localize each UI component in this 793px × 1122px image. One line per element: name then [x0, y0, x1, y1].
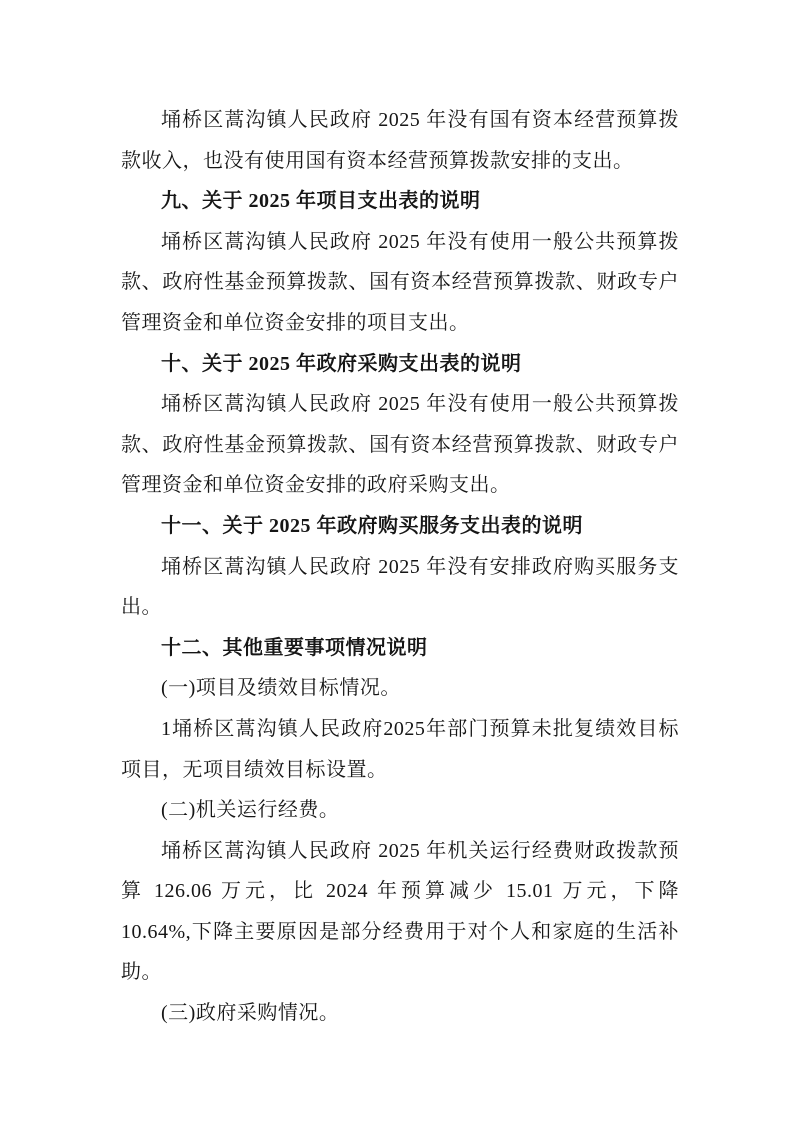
- document-body: 埇桥区蒿沟镇人民政府 2025 年没有国有资本经营预算拨款收入，也没有使用国有资…: [121, 100, 679, 1034]
- section-heading-12-other-important-matters: 十二、其他重要事项情况说明: [121, 628, 679, 669]
- section-heading-11-purchased-services: 十一、关于 2025 年政府购买服务支出表的说明: [121, 506, 679, 547]
- para-no-state-capital-budget: 埇桥区蒿沟镇人民政府 2025 年没有国有资本经营预算拨款收入，也没有使用国有资…: [121, 100, 679, 181]
- section-heading-9-project-expenditure: 九、关于 2025 年项目支出表的说明: [121, 181, 679, 222]
- para-no-project-expenditure: 埇桥区蒿沟镇人民政府 2025 年没有使用一般公共预算拨款、政府性基金预算拨款、…: [121, 222, 679, 344]
- para-no-procurement-expenditure: 埇桥区蒿沟镇人民政府 2025 年没有使用一般公共预算拨款、政府性基金预算拨款、…: [121, 384, 679, 506]
- document-page: 埇桥区蒿沟镇人民政府 2025 年没有国有资本经营预算拨款收入，也没有使用国有资…: [0, 0, 793, 1122]
- subitem-1-performance-targets: (一)项目及绩效目标情况。: [121, 668, 679, 709]
- section-heading-10-government-procurement: 十、关于 2025 年政府采购支出表的说明: [121, 344, 679, 385]
- para-operating-funds-detail: 埇桥区蒿沟镇人民政府 2025 年机关运行经费财政拨款预算 126.06 万元，…: [121, 831, 679, 993]
- subitem-3-procurement-situation: (三)政府采购情况。: [121, 993, 679, 1034]
- subitem-2-agency-operating-funds: (二)机关运行经费。: [121, 790, 679, 831]
- para-performance-targets-detail: 1埇桥区蒿沟镇人民政府2025年部门预算未批复绩效目标项目，无项目绩效目标设置。: [121, 709, 679, 790]
- para-no-purchased-services: 埇桥区蒿沟镇人民政府 2025 年没有安排政府购买服务支出。: [121, 547, 679, 628]
